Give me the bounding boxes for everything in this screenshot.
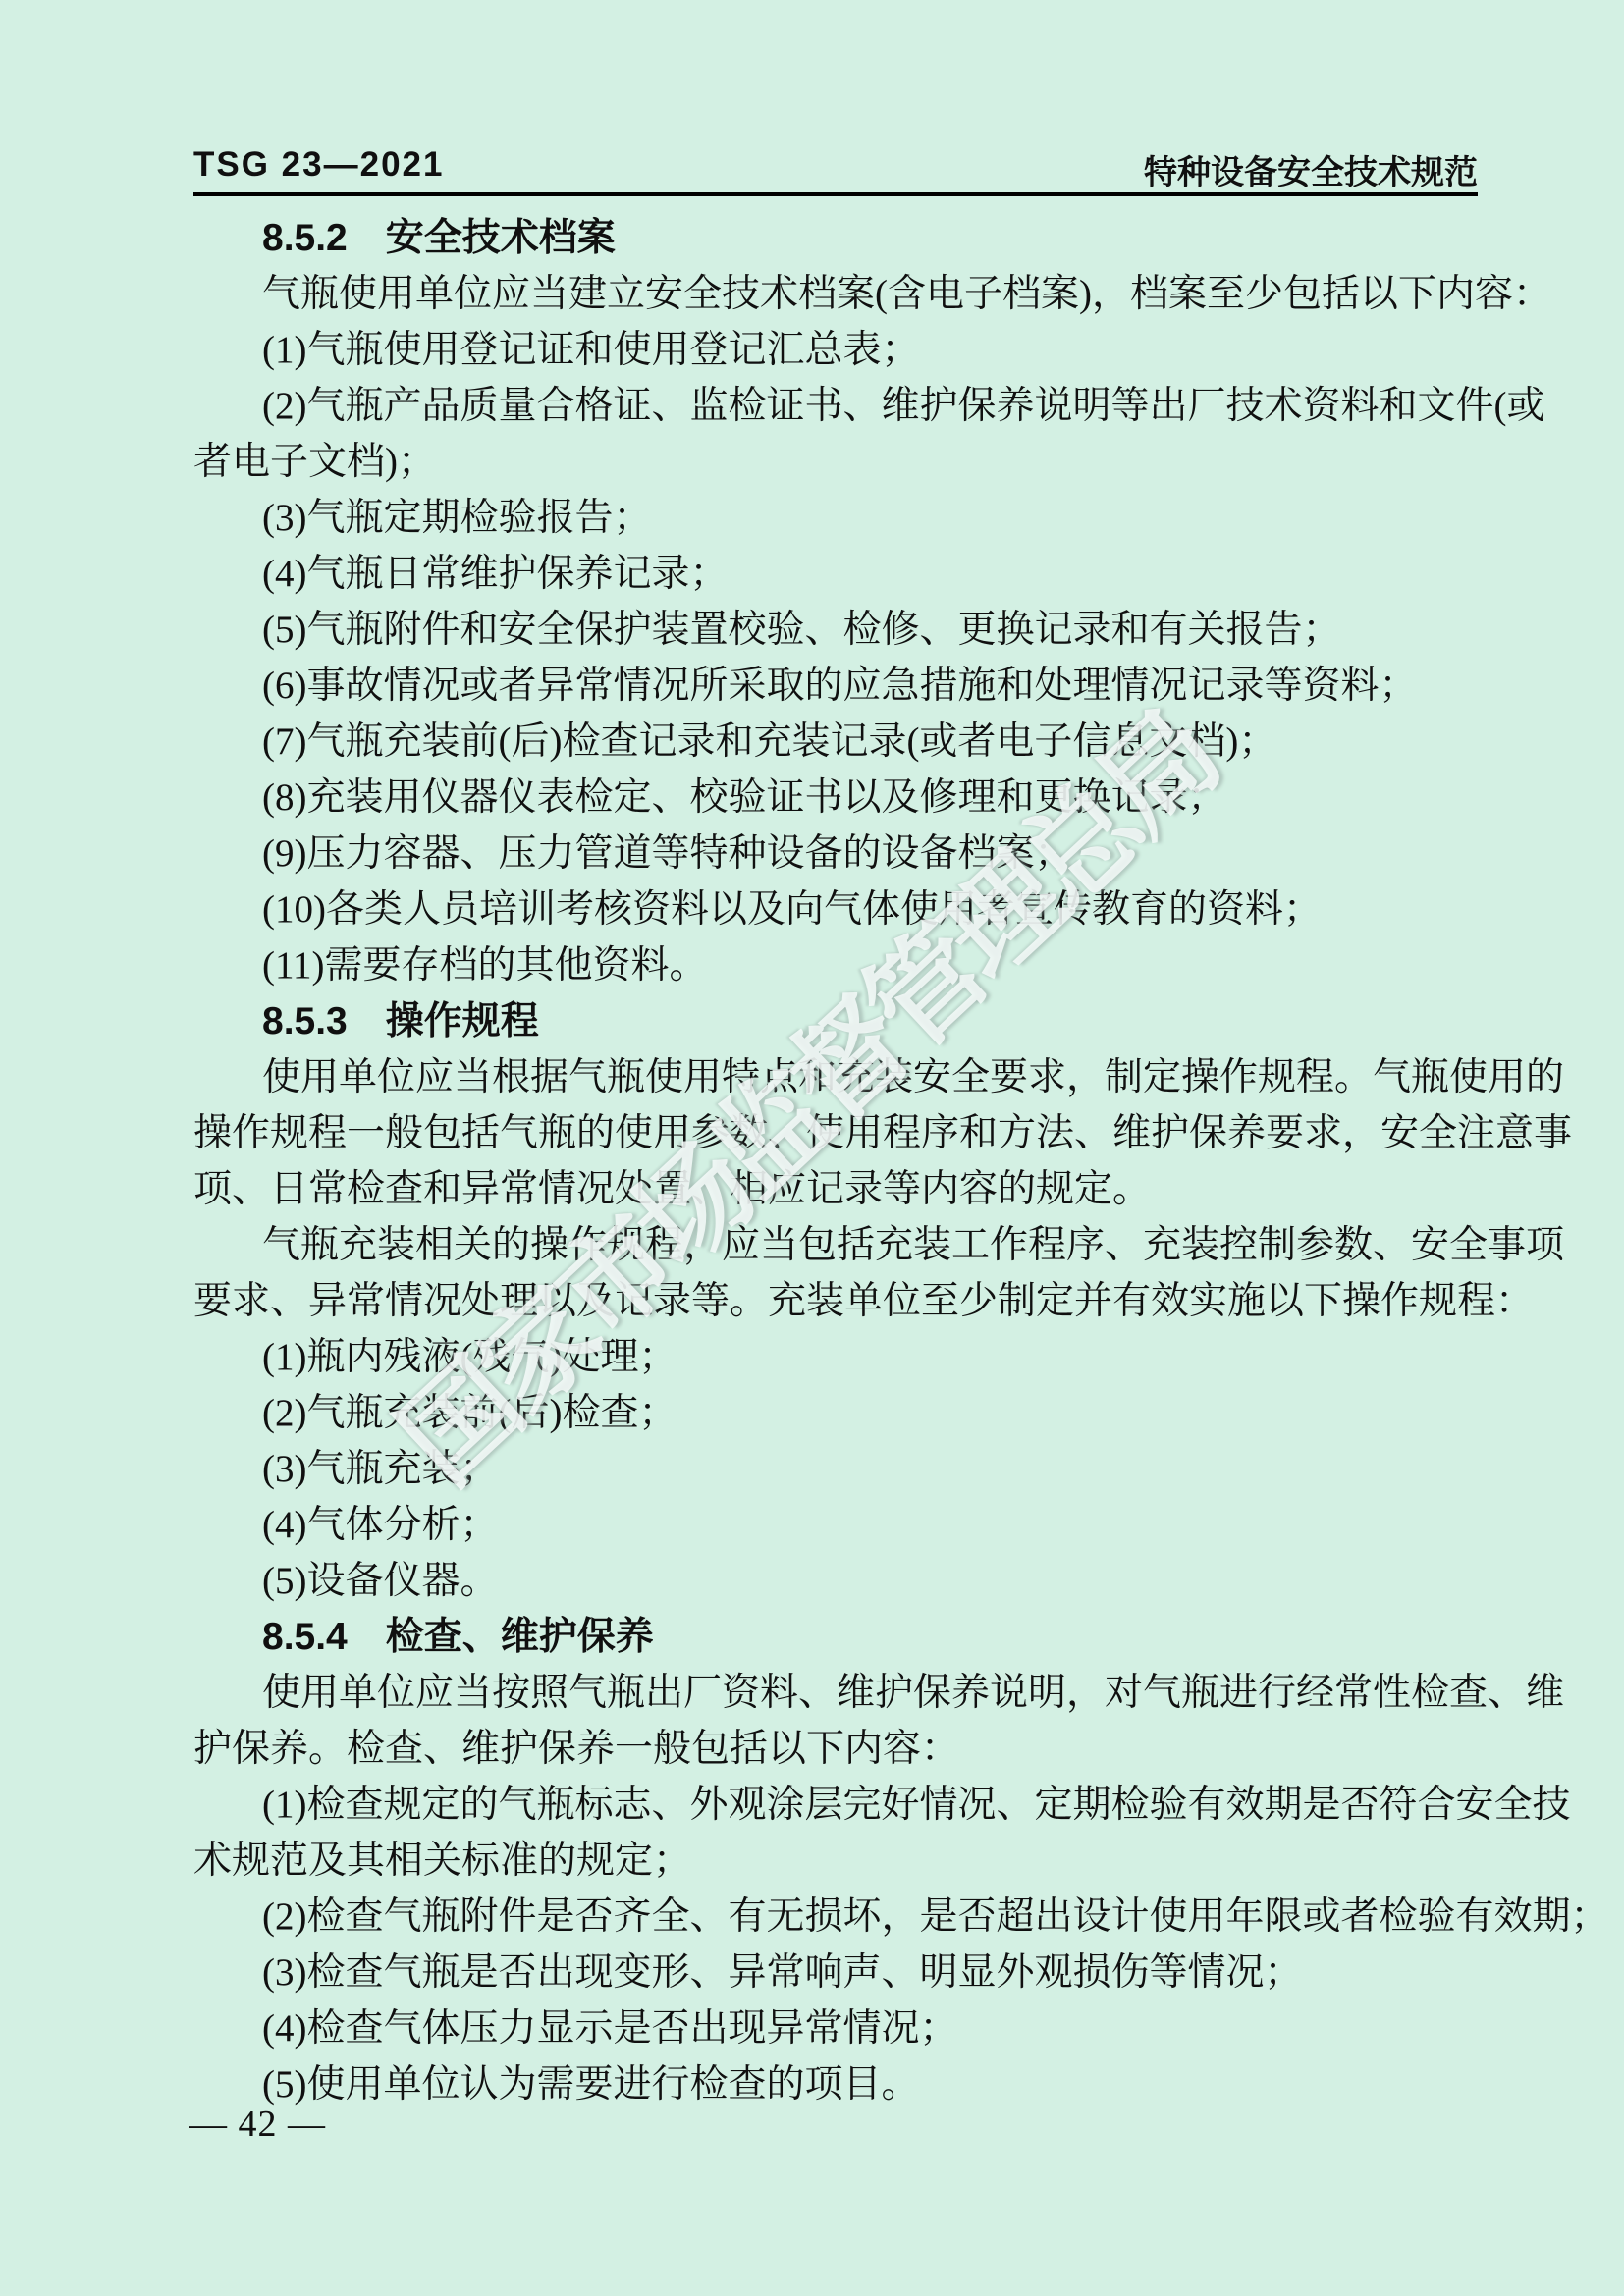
- header-document-title: 特种设备安全技术规范: [1144, 145, 1478, 193]
- document-page: TSG 23—2021 特种设备安全技术规范 8.5.2 安全技术档案气瓶使用单…: [0, 0, 1624, 2296]
- text-line: 8.5.4 检查、维护保养: [193, 1609, 1478, 1665]
- text-line: 使用单位应当根据气瓶使用特点和充装安全要求，制定操作规程。气瓶使用的: [193, 1049, 1478, 1105]
- text-line: 要求、异常情况处理以及记录等。充装单位至少制定并有效实施以下操作规程：: [193, 1273, 1478, 1329]
- text-line: (3)检查气瓶是否出现变形、异常响声、明显外观损伤等情况；: [193, 1945, 1478, 2001]
- text-line: (7)气瓶充装前(后)检查记录和充装记录(或者电子信息文档)；: [193, 714, 1478, 770]
- header-document-code: TSG 23—2021: [193, 145, 444, 185]
- text-line: (4)气体分析；: [193, 1497, 1478, 1553]
- text-line: (6)事故情况或者异常情况所采取的应急措施和处理情况记录等资料；: [193, 658, 1478, 714]
- text-line: 项、日常检查和异常情况处置、相应记录等内容的规定。: [193, 1161, 1478, 1217]
- text-line: (3)气瓶定期检验报告；: [193, 490, 1478, 546]
- text-line: 者电子文档)；: [193, 434, 1478, 490]
- text-line: (4)气瓶日常维护保养记录；: [193, 546, 1478, 602]
- text-line: 术规范及其相关标准的规定；: [193, 1833, 1478, 1889]
- text-line: 8.5.3 操作规程: [193, 993, 1478, 1049]
- text-line: (3)气瓶充装；: [193, 1441, 1478, 1497]
- text-line: 操作规程一般包括气瓶的使用参数、使用程序和方法、维护保养要求，安全注意事: [193, 1105, 1478, 1161]
- text-line: (1)瓶内残液(残气)处理；: [193, 1329, 1478, 1385]
- text-line: 8.5.2 安全技术档案: [193, 210, 1478, 266]
- text-line: 使用单位应当按照气瓶出厂资料、维护保养说明，对气瓶进行经常性检查、维: [193, 1665, 1478, 1721]
- text-line: (2)气瓶产品质量合格证、监检证书、维护保养说明等出厂技术资料和文件(或: [193, 378, 1478, 434]
- text-line: (2)检查气瓶附件是否齐全、有无损坏，是否超出设计使用年限或者检验有效期；: [193, 1889, 1478, 1945]
- body-text: 8.5.2 安全技术档案气瓶使用单位应当建立安全技术档案(含电子档案)，档案至少…: [193, 210, 1478, 2112]
- text-line: (1)检查规定的气瓶标志、外观涂层完好情况、定期检验有效期是否符合安全技: [193, 1777, 1478, 1833]
- text-line: 护保养。检查、维护保养一般包括以下内容：: [193, 1721, 1478, 1777]
- text-line: (5)使用单位认为需要进行检查的项目。: [193, 2056, 1478, 2112]
- text-line: (2)气瓶充装前(后)检查；: [193, 1385, 1478, 1441]
- text-line: (8)充装用仪器仪表检定、校验证书以及修理和更换记录；: [193, 770, 1478, 826]
- text-line: (5)气瓶附件和安全保护装置校验、检修、更换记录和有关报告；: [193, 602, 1478, 658]
- text-line: (1)气瓶使用登记证和使用登记汇总表；: [193, 322, 1478, 378]
- text-line: (11)需要存档的其他资料。: [193, 937, 1478, 993]
- text-line: 气瓶使用单位应当建立安全技术档案(含电子档案)，档案至少包括以下内容：: [193, 266, 1478, 322]
- text-line: (9)压力容器、压力管道等特种设备的设备档案；: [193, 826, 1478, 881]
- text-line: 气瓶充装相关的操作规程，应当包括充装工作程序、充装控制参数、安全事项: [193, 1217, 1478, 1273]
- header-rule: [193, 192, 1478, 196]
- text-line: (5)设备仪器。: [193, 1553, 1478, 1609]
- page-number: — 42 —: [189, 2103, 326, 2146]
- text-line: (4)检查气体压力显示是否出现异常情况；: [193, 2001, 1478, 2056]
- text-line: (10)各类人员培训考核资料以及向气体使用者宣传教育的资料；: [193, 881, 1478, 937]
